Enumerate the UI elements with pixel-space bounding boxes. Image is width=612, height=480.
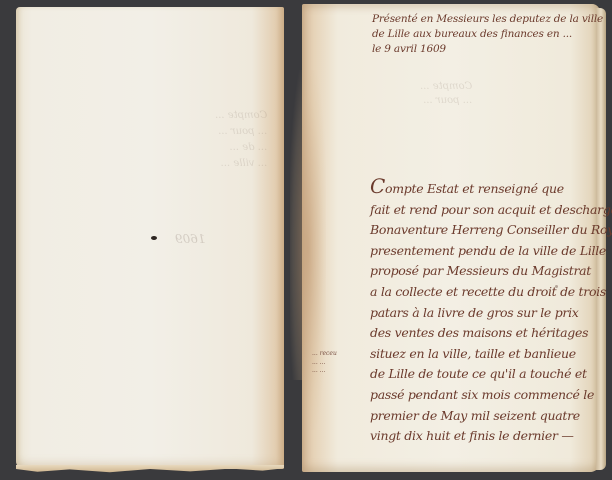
margin-line: ... ...: [312, 367, 337, 376]
text-line: proposé par Messieurs du Magistrat: [370, 261, 600, 282]
text-line: des ventes des maisons et héritages: [370, 323, 600, 344]
text-line: Compte Estat et renseigné que: [370, 176, 600, 200]
bleed-line: ... pour ...: [420, 94, 472, 108]
text-line: situez en la ville, taille et banlieue: [370, 344, 600, 365]
margin-note: ... receu ... ... ... ...: [312, 350, 337, 376]
bleed-line: Compte ...: [215, 108, 267, 124]
text-line: patars à la livre de gros sur le prix: [370, 303, 600, 324]
ink-blot: [151, 236, 157, 240]
text-line: premier de May mil seizent quatre: [370, 406, 600, 427]
text-line: de Lille de toute ce qu'il a touché et: [370, 364, 600, 385]
text-line: Bonaventure Herreng Conseiller du Roy: [370, 220, 600, 241]
text-line: a la collecte et recette du droit de tro…: [370, 282, 600, 303]
text-line: vingt dix huit et finis le dernier —: [370, 426, 600, 447]
header-note: Présenté en Messieurs les deputez de la …: [372, 12, 602, 57]
text-line: presentement pendu de la ville de Lille: [370, 241, 600, 262]
right-page-bleed-through: Compte ... ... pour ...: [420, 80, 472, 108]
text-line: fait et rend pour son acquit et descharg…: [370, 200, 600, 221]
water-stain: [290, 70, 326, 430]
bleed-line: Compte ...: [420, 80, 472, 94]
bleed-line: ... de ...: [215, 140, 267, 156]
header-line: de Lille aux bureaux des finances en ...: [372, 27, 602, 42]
header-line: Présenté en Messieurs les deputez de la …: [372, 12, 602, 27]
left-page-bleed-through: Compte ... ... pour ... ... de ... ... v…: [215, 108, 267, 172]
text-line: passé pendant six mois commencé le: [370, 385, 600, 406]
main-text: Compte Estat et renseigné que fait et re…: [370, 176, 600, 447]
margin-line: ... ...: [312, 359, 337, 368]
page-tear: [284, 380, 302, 480]
margin-line: ... receu: [312, 350, 337, 359]
bleed-line: ... ville ...: [215, 156, 267, 172]
left-page-bleed-number: 1609: [175, 232, 206, 246]
bleed-line: ... pour ...: [215, 124, 267, 140]
ink-speck: [555, 285, 558, 288]
header-line: le 9 avril 1609: [372, 42, 602, 57]
left-page: [16, 7, 284, 469]
